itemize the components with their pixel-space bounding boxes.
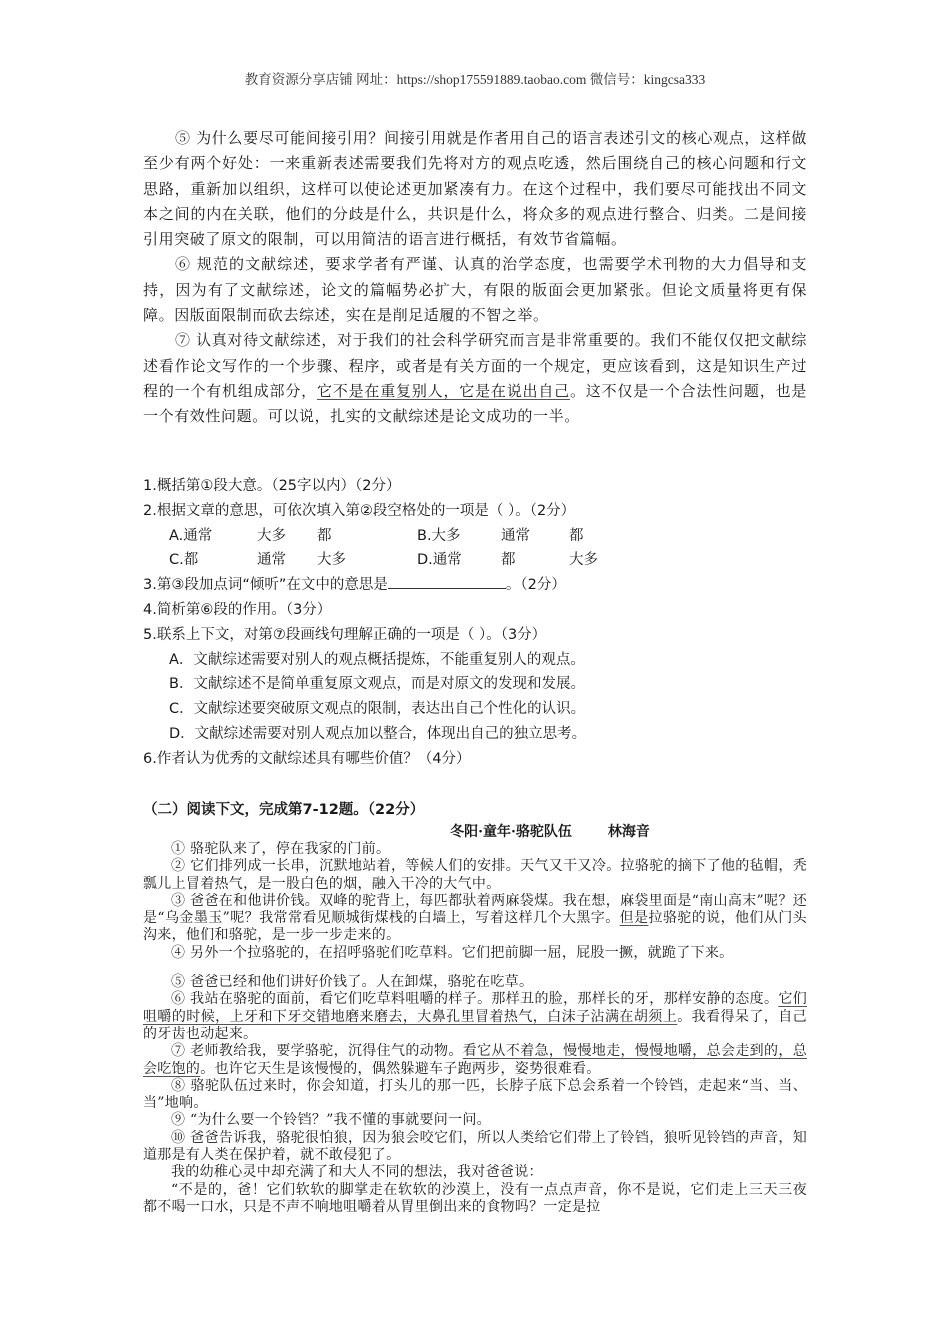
article-paragraph-9: ⑨ “为什么要一个铃铛？”我不懂的事就要问一问。 [143,1112,807,1129]
question-1: 1.概括第①段大意。（25字以内）（2分） [143,474,807,499]
question-2-options-row-2: C.都 通常 大多 D.通常 都 大多 [143,548,807,573]
article-paragraph-3: ③ 爸爸在和他讲价钱。双峰的驼背上，每匹都驮着两麻袋煤。我在想，麻袋里面是“南山… [143,893,807,945]
article-paragraph-8: ⑧ 骆驼队伍过来时，你会知道，打头儿的那一匹，长脖子底下总会系着一个铃铛，走起来… [143,1078,807,1113]
questions-1-6: 1.概括第①段大意。（25字以内）（2分） 2.根据文章的意思，可依次填入第②段… [143,474,807,772]
page-header: 教育资源分享店铺 网址：https://shop175591889.taobao… [0,68,950,88]
article-author: 林海音 [608,824,650,840]
question-6: 6.作者认为优秀的文献综述具有哪些价值？（4分） [143,747,807,772]
article-paragraph-5: ⑤ 爸爸已经和他们讲好价钱了。人在卸煤，骆驼在吃草。 [143,974,807,991]
question-3-points: 。（2分） [506,577,566,593]
article-paragraph-4: ④ 另外一个拉骆驼的，在招呼骆驼们吃草料。它们把前脚一屈，屁股一撅，就跪了下来。 [143,945,807,962]
option-d-3: 大多 [569,548,598,573]
option-c-2: 通常 [257,548,317,573]
question-5-option-c: C．文献综述要突破原文观点的限制，表达出自己个性化的认识。 [143,697,807,722]
article-paragraph-7: ⑦ 老师教给我，要学骆驼，沉得住气的动物。看它从不着急，慢慢地走，慢慢地嚼，总会… [143,1043,807,1078]
option-d-2: 都 [501,548,569,573]
article-paragraph-11: 我的幼稚心灵中却充满了和大人不同的想法，我对爸爸说： [143,1164,807,1181]
article-body: ① 骆驼队来了，停在我家的门前。 ② 它们排列成一长串，沉默地站着，等候人们的安… [143,841,807,1216]
article-paragraph-6-text-a: ⑥ 我站在骆驼的面前，看它们吃草料咀嚼的样子。那样丑的脸，那样长的牙，那样安静的… [171,991,778,1007]
section-two-title: （二）阅读下文，完成第7-12题。（22分） [143,798,807,819]
option-d-1: D.通常 [417,548,501,573]
option-b-3: 都 [569,524,584,549]
article-paragraph-12: “不是的，爸！它们软软的脚掌走在软软的沙漠上，没有一点点声音，你不是说，它们走上… [143,1182,807,1217]
article-paragraph-3-underlined: 但是 [620,910,649,926]
article-paragraph-6: ⑥ 我站在骆驼的面前，看它们吃草料咀嚼的样子。那样丑的脸，那样长的牙，那样安静的… [143,991,807,1043]
option-a-3: 都 [317,524,417,549]
option-b-1: B.大多 [417,524,501,549]
article-paragraph-2: ② 它们排列成一长串，沉默地站着，等候人们的安排。天气又干又冷。拉骆驼的摘下了他… [143,858,807,893]
question-5: 5.联系上下文，对第⑦段画线句理解正确的一项是（ ）。（3分） [143,623,807,648]
question-5-option-b: B．文献综述不是简单重复原文观点，而是对原文的发现和发展。 [143,672,807,697]
paragraph-7: ⑦ 认真对待文献综述，对于我们的社会科学研究而言是非常重要的。我们不能仅仅把文献… [143,328,807,429]
option-a-1: A.通常 [169,524,257,549]
answer-blank[interactable] [388,574,506,589]
option-b-2: 通常 [501,524,569,549]
question-3: 3.第③段加点词“倾听”在文中的意思是。（2分） [143,573,807,598]
article-paragraph-7-text-a: ⑦ 老师教给我，要学骆驼，沉得住气的动物。 [171,1043,463,1059]
question-2-options-row-1: A.通常 大多 都 B.大多 通常 都 [143,524,807,549]
article-title: 冬阳·童年·骆驼队伍林海音 [143,821,807,841]
passage-one: ⑤ 为什么要尽可能间接引用？间接引用就是作者用自己的语言表述引文的核心观点，这样… [143,126,807,430]
paragraph-6: ⑥ 规范的文献综述，要求学者有严谨、认真的治学态度，也需要学术刊物的大力倡导和支… [143,252,807,328]
question-5-option-d: D．文献综述需要对别人观点加以整合，体现出自己的独立思考。 [143,722,807,747]
question-5-option-a: A．文献综述需要对别人的观点概括提炼，不能重复别人的观点。 [143,648,807,673]
article-paragraph-10: ⑩ 爸爸告诉我，骆驼很怕狼，因为狼会咬它们，所以人类给它们带上了铃铛，狼听见铃铛… [143,1130,807,1165]
question-4: 4.简析第⑥段的作用。（3分） [143,598,807,623]
question-3-text: 3.第③段加点词“倾听”在文中的意思是 [143,577,388,593]
option-c-3: 大多 [317,548,417,573]
question-2: 2.根据文章的意思，可依次填入第②段空格处的一项是（ ）。（2分） [143,499,807,524]
paragraph-5: ⑤ 为什么要尽可能间接引用？间接引用就是作者用自己的语言表述引文的核心观点，这样… [143,126,807,252]
article-paragraph-1: ① 骆驼队来了，停在我家的门前。 [143,841,807,858]
section-two: （二）阅读下文，完成第7-12题。（22分） 冬阳·童年·骆驼队伍林海音 ① 骆… [143,798,807,1216]
option-c-1: C.都 [169,548,257,573]
option-a-2: 大多 [257,524,317,549]
paragraph-7-underlined: 它不是在重复别人，它是在说出自己 [317,382,570,400]
article-paragraph-7-text-b: 。也许它天生是该慢慢的，偶然躲避车子跑两步，姿势很难看。 [200,1061,600,1077]
article-title-text: 冬阳·童年·骆驼队伍 [450,824,572,840]
